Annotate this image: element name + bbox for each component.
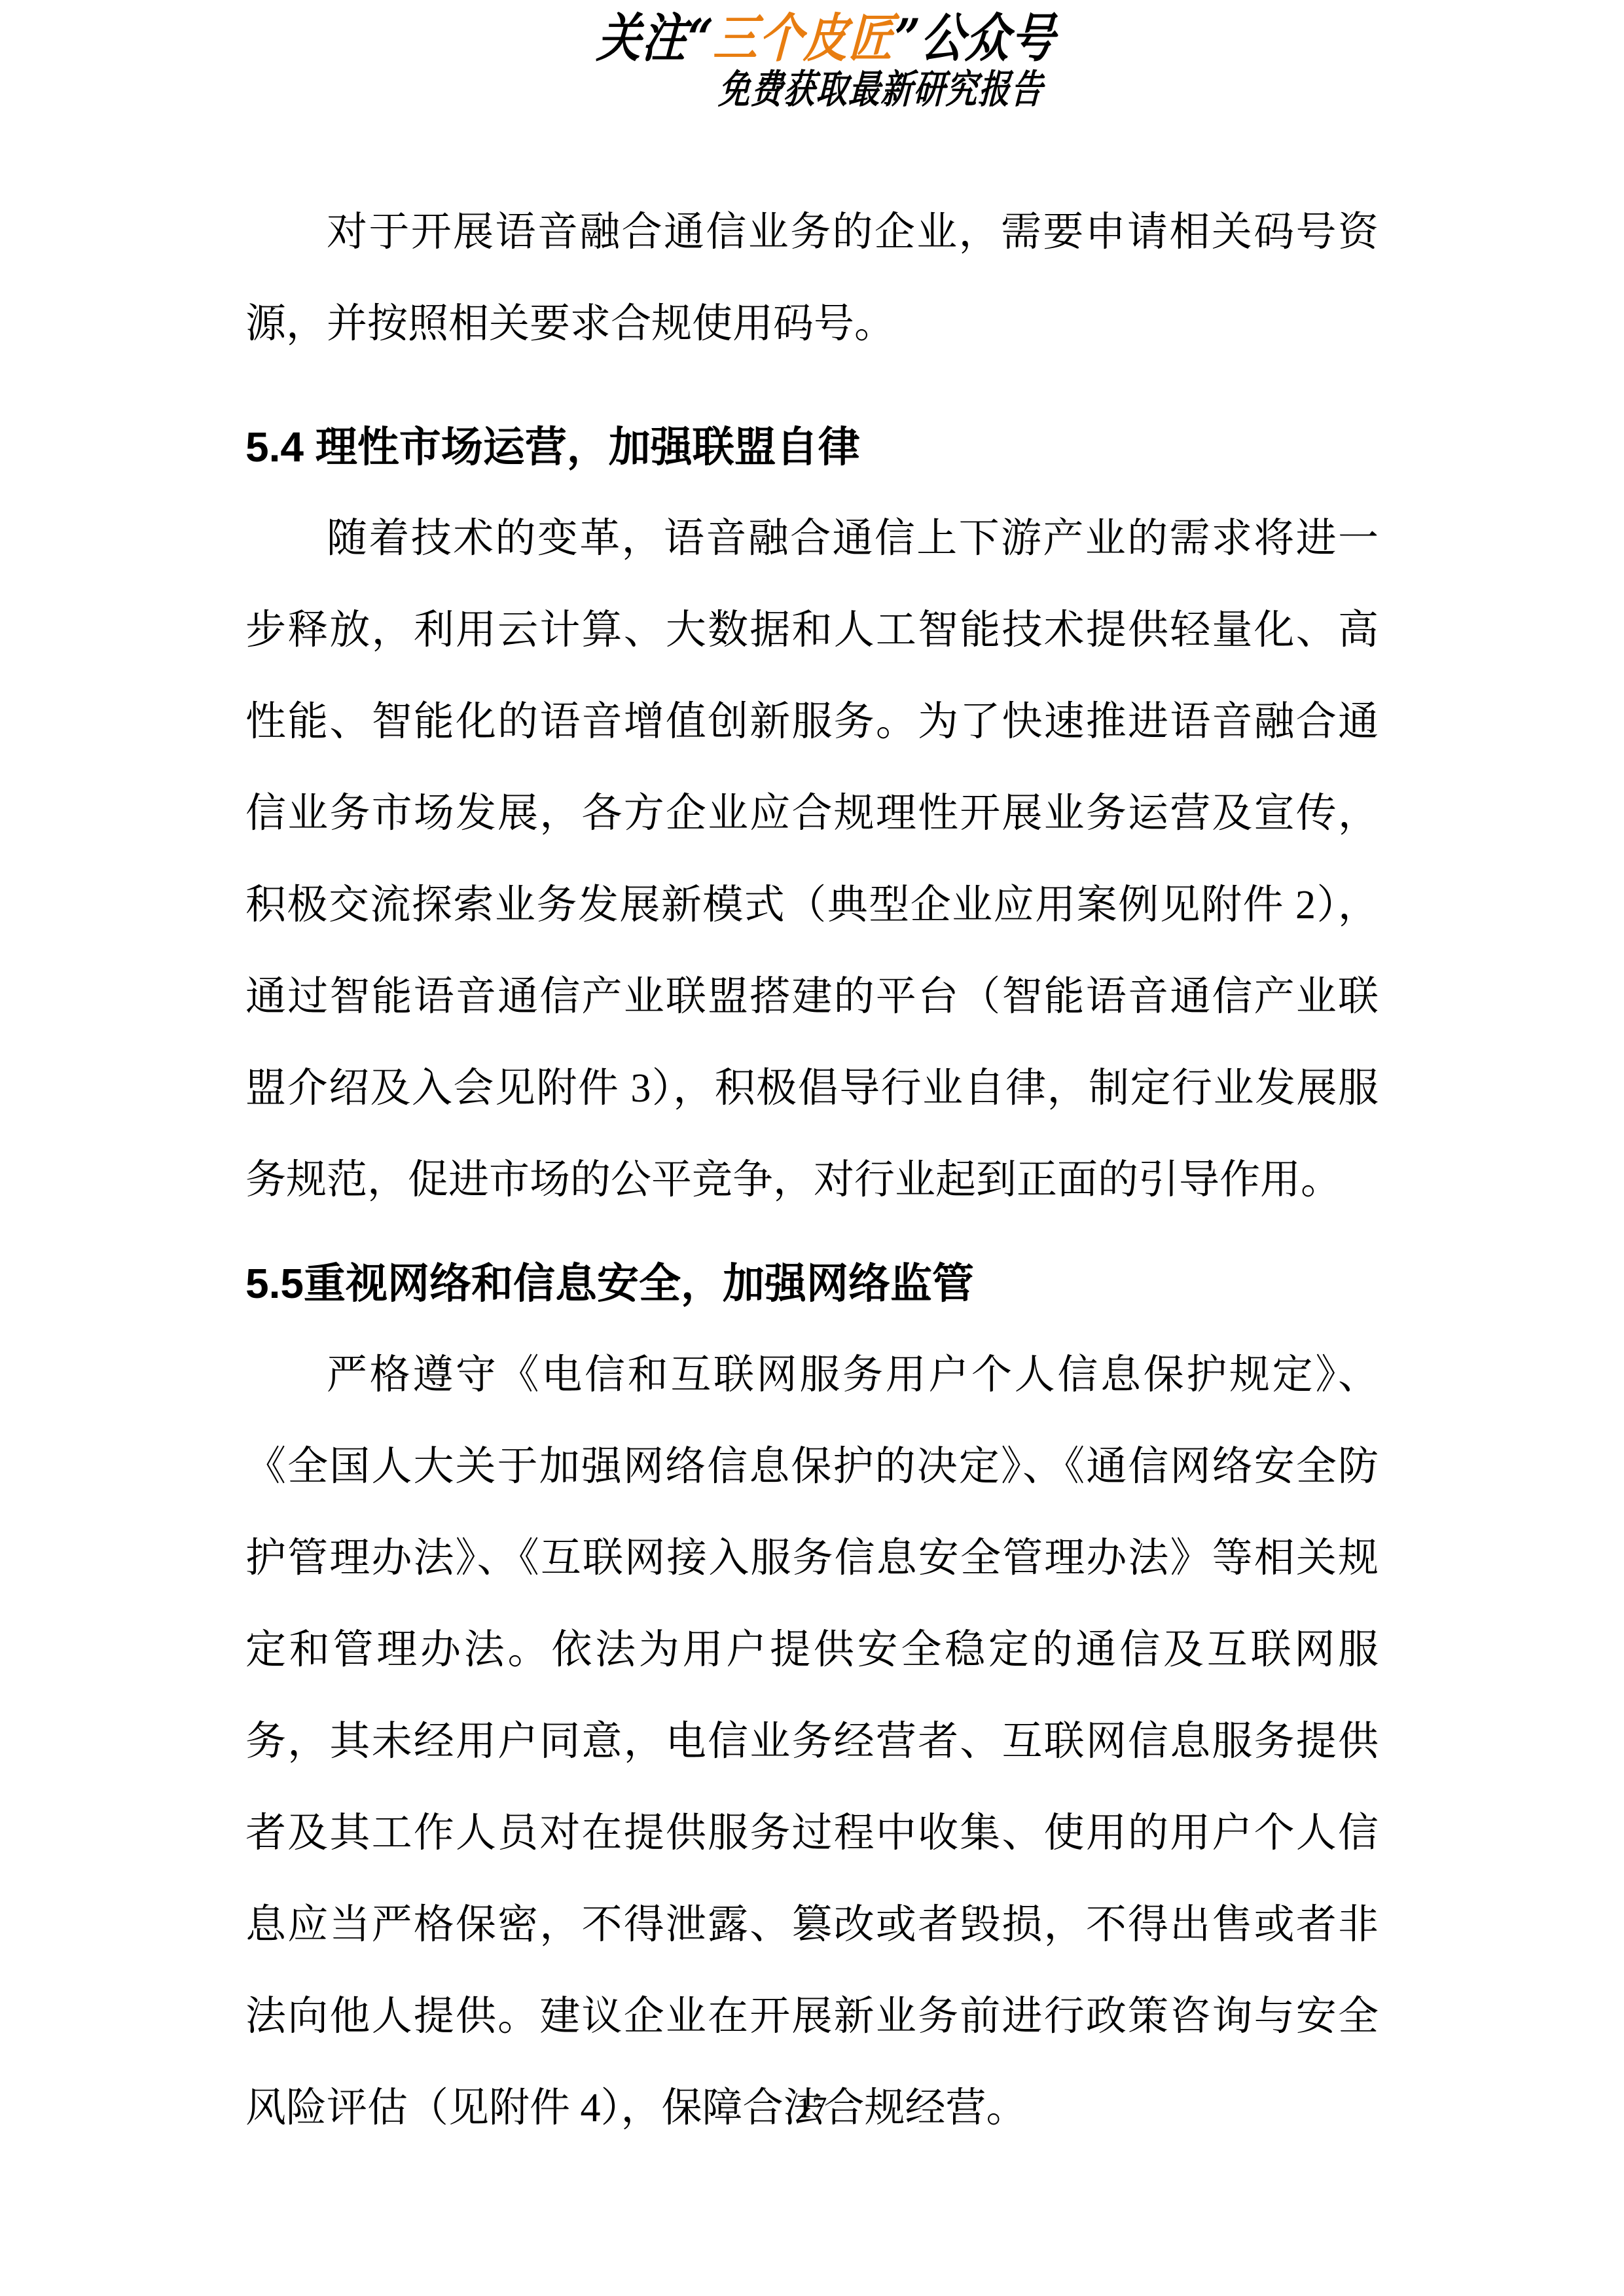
wechat-promo-banner: 关注“三个皮匠”公众号 免费获取最新研究报告	[0, 0, 1624, 144]
document-body: 对于开展语音融合通信业务的企业，需要申请相关码号资源，并按照相关要求合规使用码号…	[245, 187, 1379, 2154]
section-5-5-heading: 5.5重视网络和信息安全，加强网络监管	[245, 1238, 1379, 1329]
banner-line-1: 关注“三个皮匠”公众号	[596, 9, 1058, 67]
banner-line1-suffix: ”公众号	[892, 7, 1057, 69]
paragraph-number-resources: 对于开展语音融合通信业务的企业，需要申请相关码号资源，并按照相关要求合规使用码号…	[245, 187, 1379, 370]
section-5-4-heading: 5.4 理性市场运营，加强联盟自律	[245, 401, 1379, 493]
page-number: 17	[0, 2085, 1624, 2130]
paragraph-network-security: 严格遵守《电信和互联网服务用户个人信息保护规定》、《全国人大关于加强网络信息保护…	[245, 1329, 1379, 2154]
paragraph-market-operation: 随着技术的变革，语音融合通信上下游产业的需求将进一步释放，利用云计算、大数据和人…	[245, 493, 1379, 1226]
banner-line1-prefix: 关注“	[596, 7, 716, 69]
banner-line-2: 免费获取最新研究报告	[717, 67, 1045, 113]
banner-brand-name: 三个皮匠	[712, 7, 896, 69]
document-page: 关注“三个皮匠”公众号 免费获取最新研究报告 对于开展语音融合通信业务的企业，需…	[0, 0, 1624, 2296]
